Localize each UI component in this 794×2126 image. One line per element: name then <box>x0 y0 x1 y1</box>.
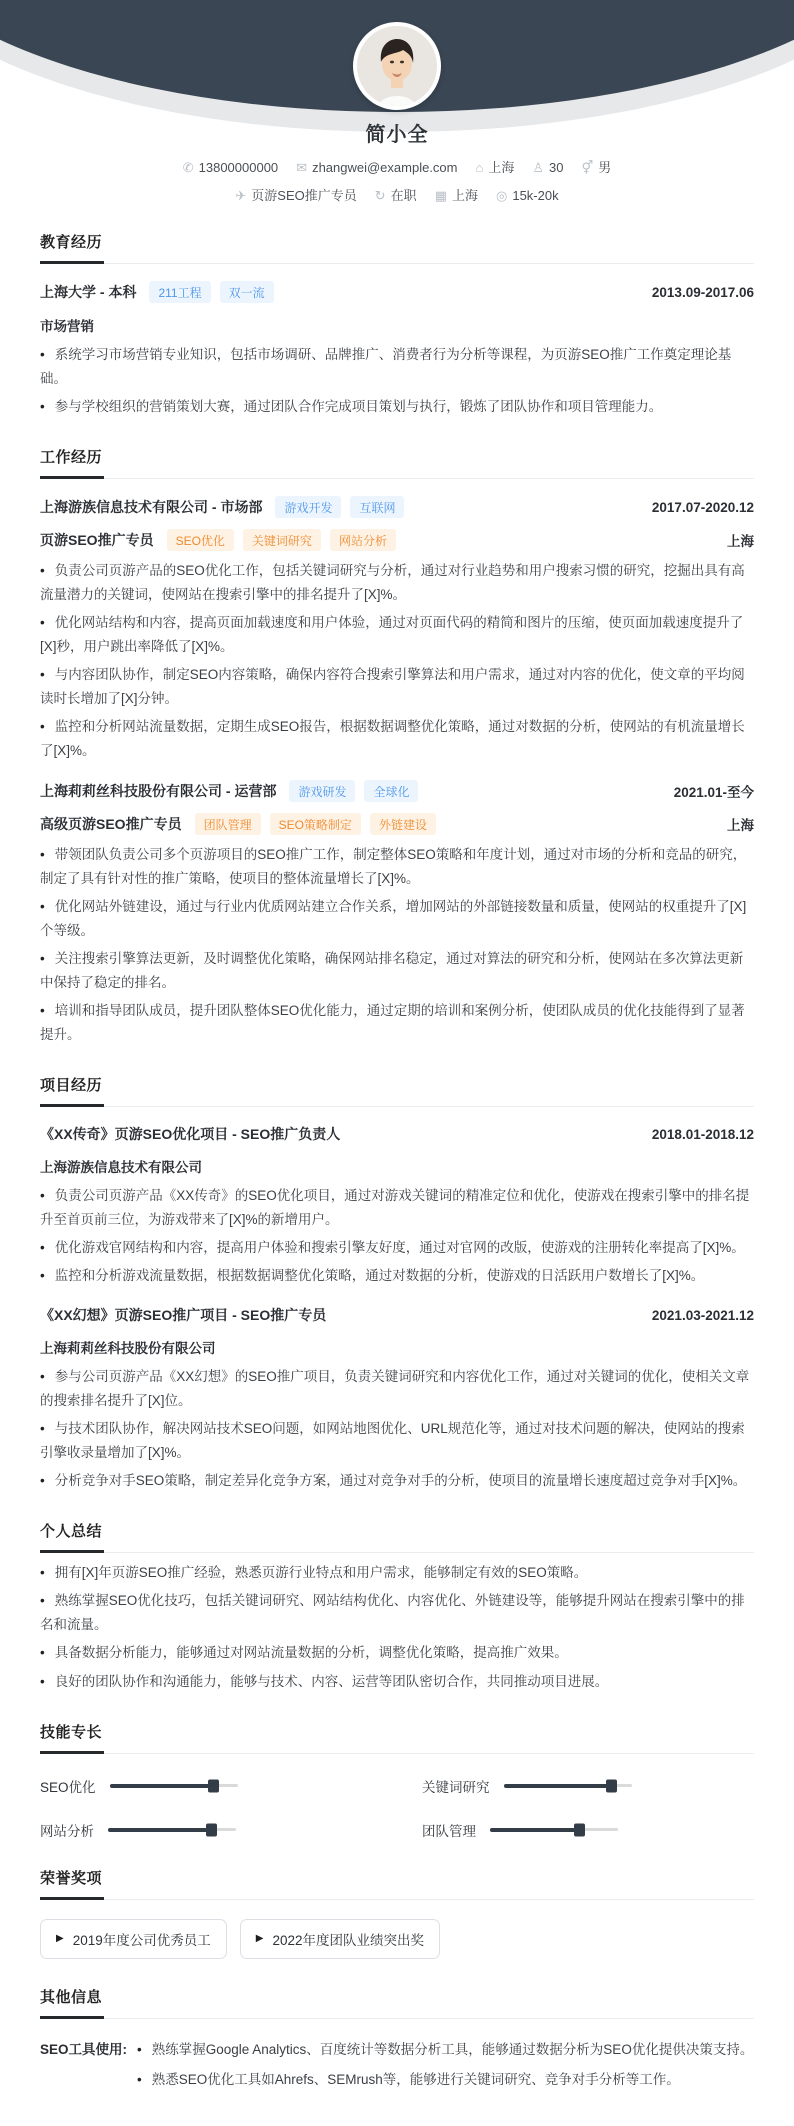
bullet-item: 优化网站外链建设，通过与行业内优质网站建立合作关系，增加网站的外部链接数量和质量… <box>40 895 754 943</box>
skill-slider[interactable] <box>108 1828 236 1831</box>
section-title-honors: 荣誉奖项 <box>40 1867 104 1900</box>
avatar <box>353 22 441 110</box>
honor-button[interactable]: ▶ 2022年度团队业绩突出奖 <box>240 1919 440 1959</box>
section-education: 教育经历 上海大学 - 本科 211工程双一流 2013.09-2017.06 … <box>40 231 754 419</box>
age-icon: ♙ <box>532 160 544 175</box>
contact-item: ♙30 <box>532 160 563 175</box>
play-icon: ▶ <box>256 1933 264 1944</box>
skill-slider[interactable] <box>504 1784 632 1787</box>
bullet-item: 拥有[X]年页游SEO推广经验，熟悉页游行业特点和用户需求，能够制定有效的SEO… <box>40 1561 754 1585</box>
bullet-item: 参与学校组织的营销策划大赛，通过团队合作完成项目策划与执行，锻炼了团队协作和项目… <box>40 395 754 419</box>
honor-button[interactable]: ▶ 2019年度公司优秀员工 <box>40 1919 227 1959</box>
role-tag: 外链建设 <box>370 813 436 835</box>
project-title: 《XX传奇》页游SEO优化项目 - SEO推广负责人 <box>40 1124 340 1144</box>
avatar-photo <box>357 26 437 106</box>
section-work: 工作经历 上海游族信息技术有限公司 - 市场部 游戏开发互联网 2017.07-… <box>40 446 754 1047</box>
bullet-item: 与内容团队协作，制定SEO内容策略，确保内容符合搜索引擎算法和用户需求，通过对内… <box>40 663 754 711</box>
education-bullets: 系统学习市场营销专业知识，包括市场调研、品牌推广、消费者行为分析等课程，为页游S… <box>40 343 754 419</box>
school-tags: 211工程双一流 <box>149 281 273 303</box>
skill-slider-fill <box>110 1784 215 1788</box>
bullet-item: 关注搜索引擎算法更新，及时调整优化策略，确保网站排名稳定，通过对算法的研究和分析… <box>40 947 754 995</box>
skill-slider-fill <box>504 1784 613 1788</box>
contact-text: 在职 <box>391 188 417 203</box>
skill-label: 网站分析 <box>40 1820 94 1840</box>
section-title-education: 教育经历 <box>40 231 104 264</box>
work-entry: 上海莉莉丝科技股份有限公司 - 运营部 游戏研发全球化 2021.01-至今 高… <box>40 780 754 1047</box>
contact-item: ⌂上海 <box>476 160 515 175</box>
skill-slider[interactable] <box>490 1828 618 1831</box>
contact-text: 页游SEO推广专员 <box>251 188 356 203</box>
contact-item: ✆13800000000 <box>183 160 278 175</box>
company-tags: 游戏研发全球化 <box>289 780 418 802</box>
section-other: 其他信息 SEO工具使用: 熟练掌握Google Analytics、百度统计等… <box>40 1986 754 2092</box>
contact-item: ↻在职 <box>375 188 417 203</box>
email-icon: ✉ <box>296 160 307 175</box>
contact-text: zhangwei@example.com <box>312 160 457 175</box>
bullet-item: 优化游戏官网结构和内容，提高用户体验和搜索引擎友好度，通过对官网的改版，使游戏的… <box>40 1236 754 1260</box>
company-tags: 游戏开发互联网 <box>275 496 404 518</box>
project-entry: 《XX幻想》页游SEO推广项目 - SEO推广专员 2021.03-2021.1… <box>40 1305 754 1493</box>
role-tag: 关键词研究 <box>243 529 321 551</box>
bullet-item: 具备数据分析能力，能够通过对网站流量数据的分析，调整优化策略，提高推广效果。 <box>40 1641 754 1665</box>
company-tag: 游戏研发 <box>289 780 355 802</box>
contact-text: 13800000000 <box>199 160 279 175</box>
contact-row-2: ✈页游SEO推广专员↻在职▦上海◎15k-20k <box>0 185 794 204</box>
other-info-label: SEO工具使用: <box>40 2038 127 2092</box>
skill-label: 团队管理 <box>422 1820 476 1840</box>
summary-bullets: 拥有[X]年页游SEO推广经验，熟悉页游行业特点和用户需求，能够制定有效的SEO… <box>40 1561 754 1693</box>
major: 市场营销 <box>40 315 754 335</box>
company-tag: 全球化 <box>364 780 418 802</box>
section-summary: 个人总结 拥有[X]年页游SEO推广经验，熟悉页游行业特点和用户需求，能够制定有… <box>40 1520 754 1693</box>
work-bullets: 负责公司页游产品的SEO优化工作，包括关键词研究与分析，通过对行业趋势和用户搜索… <box>40 559 754 763</box>
education-date: 2013.09-2017.06 <box>652 285 754 300</box>
work-date: 2017.07-2020.12 <box>652 500 754 515</box>
project-entry: 《XX传奇》页游SEO优化项目 - SEO推广负责人 2018.01-2018.… <box>40 1124 754 1288</box>
job-title: 页游SEO推广专员 <box>40 530 154 550</box>
project-bullets: 负责公司页游产品《XX传奇》的SEO优化项目，通过对游戏关键词的精准定位和优化，… <box>40 1184 754 1288</box>
bullet-item: 熟练掌握Google Analytics、百度统计等数据分析工具，能够通过数据分… <box>137 2038 754 2062</box>
bullet-item: 系统学习市场营销专业知识，包括市场调研、品牌推广、消费者行为分析等课程，为页游S… <box>40 343 754 391</box>
bullet-item: 良好的团队协作和沟通能力，能够与技术、内容、运营等团队密切合作，共同推动项目进展… <box>40 1670 754 1694</box>
skill-slider[interactable] <box>110 1784 238 1787</box>
project-company: 上海莉莉丝科技股份有限公司 <box>40 1337 754 1357</box>
bullet-item: 负责公司页游产品《XX传奇》的SEO优化项目，通过对游戏关键词的精准定位和优化，… <box>40 1184 754 1232</box>
company-tag: 互联网 <box>350 496 404 518</box>
contact-text: 上海 <box>488 160 514 175</box>
role-tags: SEO优化关键词研究网站分析 <box>167 529 396 551</box>
skill-slider-fill <box>490 1828 580 1832</box>
location-icon: ⌂ <box>476 160 484 175</box>
bullet-item: 负责公司页游产品的SEO优化工作，包括关键词研究与分析，通过对行业趋势和用户搜索… <box>40 559 754 607</box>
other-info: SEO工具使用: 熟练掌握Google Analytics、百度统计等数据分析工… <box>40 2038 754 2092</box>
section-title-projects: 项目经历 <box>40 1074 104 1107</box>
section-title-skills: 技能专长 <box>40 1721 104 1754</box>
bullet-item: 参与公司页游产品《XX幻想》的SEO推广项目，负责关键词研究和内容优化工作，通过… <box>40 1365 754 1413</box>
section-honors: 荣誉奖项 ▶ 2019年度公司优秀员工 ▶ 2022年度团队业绩突出奖 <box>40 1867 754 1959</box>
role-tag: 网站分析 <box>330 529 396 551</box>
bullet-item: 分析竞争对手SEO策略，制定差异化竞争方案，通过对竞争对手的分析，使项目的流量增… <box>40 1469 754 1493</box>
skill-item: 关键词研究 <box>422 1776 714 1796</box>
bullet-item: 监控和分析游戏流量数据，根据数据调整优化策略，通过对数据的分析，使游戏的日活跃用… <box>40 1264 754 1288</box>
honor-label: 2019年度公司优秀员工 <box>73 1929 211 1949</box>
job-title: 高级页游SEO推广专员 <box>40 814 182 834</box>
salary-icon: ◎ <box>496 188 507 203</box>
skill-slider-fill <box>108 1828 212 1832</box>
section-title-summary: 个人总结 <box>40 1520 104 1553</box>
contact-text: 男 <box>598 160 611 175</box>
section-projects: 项目经历 《XX传奇》页游SEO优化项目 - SEO推广负责人 2018.01-… <box>40 1074 754 1493</box>
resume-page: 简小全 ✆13800000000✉zhangwei@example.com⌂上海… <box>0 0 794 2126</box>
other-info-bullets: 熟练掌握Google Analytics、百度统计等数据分析工具，能够通过数据分… <box>137 2038 754 2092</box>
city-icon: ▦ <box>435 188 447 203</box>
work-entries: 上海游族信息技术有限公司 - 市场部 游戏开发互联网 2017.07-2020.… <box>40 496 754 1047</box>
company-tag: 游戏开发 <box>275 496 341 518</box>
company-name: 上海游族信息技术有限公司 - 市场部 <box>40 497 262 517</box>
project-title: 《XX幻想》页游SEO推广项目 - SEO推广专员 <box>40 1305 326 1325</box>
skill-item: SEO优化 <box>40 1776 332 1796</box>
contact-info: ✆13800000000✉zhangwei@example.com⌂上海♙30⚥… <box>0 157 794 204</box>
play-icon: ▶ <box>56 1933 64 1944</box>
contact-item: ▦上海 <box>435 188 478 203</box>
bullet-item: 与技术团队协作，解决网站技术SEO问题，如网站地图优化、URL规范化等，通过对技… <box>40 1417 754 1465</box>
project-date: 2018.01-2018.12 <box>652 1127 754 1142</box>
contact-text: 30 <box>549 160 563 175</box>
bullet-item: 熟练掌握SEO优化技巧，包括关键词研究、网站结构优化、内容优化、外链建设等，能够… <box>40 1589 754 1637</box>
job-intention-icon: ✈ <box>235 188 246 203</box>
contact-item: ✈页游SEO推广专员 <box>235 188 356 203</box>
work-date: 2021.01-至今 <box>674 781 754 801</box>
contact-item: ✉zhangwei@example.com <box>296 160 457 175</box>
honor-label: 2022年度团队业绩突出奖 <box>272 1929 424 1949</box>
skill-item: 团队管理 <box>422 1820 714 1840</box>
work-bullets: 带领团队负责公司多个页游项目的SEO推广工作，制定整体SEO策略和年度计划，通过… <box>40 843 754 1047</box>
role-tags: 团队管理SEO策略制定外链建设 <box>195 813 436 835</box>
gender-icon: ⚥ <box>582 160 594 175</box>
section-title-work: 工作经历 <box>40 446 104 479</box>
contact-text: 15k-20k <box>512 188 558 203</box>
job-status-icon: ↻ <box>375 188 386 203</box>
role-tag: SEO优化 <box>167 529 234 551</box>
contact-item: ⚥男 <box>582 160 612 175</box>
candidate-name: 简小全 <box>0 118 794 147</box>
skill-slider-handle[interactable] <box>606 1779 617 1792</box>
skill-slider-handle[interactable] <box>208 1779 219 1792</box>
project-date: 2021.03-2021.12 <box>652 1308 754 1323</box>
role-tag: 团队管理 <box>195 813 261 835</box>
contact-item: ◎15k-20k <box>496 188 559 203</box>
hero-header: 简小全 <box>0 0 794 148</box>
section-title-other: 其他信息 <box>40 1986 104 2019</box>
role-tag: SEO策略制定 <box>270 813 361 835</box>
skill-label: 关键词研究 <box>422 1776 490 1796</box>
school-tag: 双一流 <box>220 281 274 303</box>
project-company: 上海游族信息技术有限公司 <box>40 1156 754 1176</box>
section-skills: 技能专长 SEO优化 关键词研究 网站分析 <box>40 1721 754 1840</box>
work-location: 上海 <box>727 530 754 550</box>
bullet-item: 带领团队负责公司多个页游项目的SEO推广工作，制定整体SEO策略和年度计划，通过… <box>40 843 754 891</box>
school-name: 上海大学 - 本科 <box>40 282 136 302</box>
bullet-item: 监控和分析网站流量数据，定期生成SEO报告，根据数据调整优化策略，通过对数据的分… <box>40 715 754 763</box>
school-tag: 211工程 <box>149 281 210 303</box>
work-location: 上海 <box>727 814 754 834</box>
company-name: 上海莉莉丝科技股份有限公司 - 运营部 <box>40 781 276 801</box>
skill-slider-handle[interactable] <box>574 1823 585 1836</box>
skill-slider-handle[interactable] <box>206 1823 217 1836</box>
honor-list: ▶ 2019年度公司优秀员工 ▶ 2022年度团队业绩突出奖 <box>40 1919 754 1959</box>
contact-text: 上海 <box>452 188 478 203</box>
contact-row-1: ✆13800000000✉zhangwei@example.com⌂上海♙30⚥… <box>0 157 794 176</box>
bullet-item: 优化网站结构和内容，提高页面加载速度和用户体验，通过对页面代码的精简和图片的压缩… <box>40 611 754 659</box>
work-entry: 上海游族信息技术有限公司 - 市场部 游戏开发互联网 2017.07-2020.… <box>40 496 754 763</box>
project-entries: 《XX传奇》页游SEO优化项目 - SEO推广负责人 2018.01-2018.… <box>40 1124 754 1493</box>
project-bullets: 参与公司页游产品《XX幻想》的SEO推广项目，负责关键词研究和内容优化工作，通过… <box>40 1365 754 1493</box>
skill-label: SEO优化 <box>40 1776 96 1796</box>
bullet-item: 熟悉SEO优化工具如Ahrefs、SEMrush等，能够进行关键词研究、竞争对手… <box>137 2068 754 2092</box>
bullet-item: 培训和指导团队成员，提升团队整体SEO优化能力，通过定期的培训和案例分析，使团队… <box>40 999 754 1047</box>
phone-icon: ✆ <box>183 160 194 175</box>
